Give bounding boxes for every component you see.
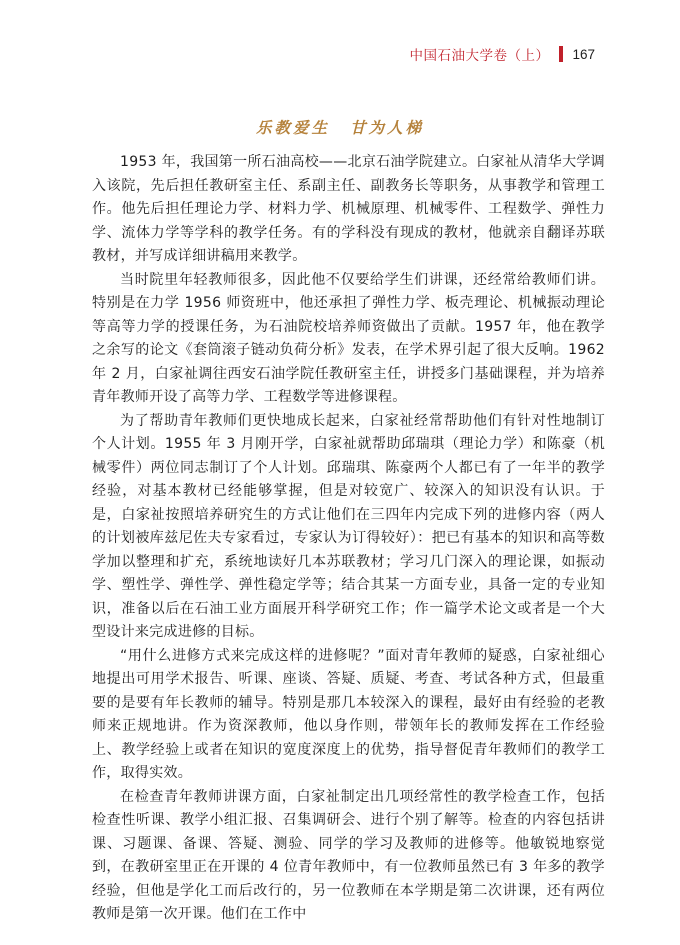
section-title-part1: 乐教爱生	[256, 118, 330, 137]
paragraph-4: “用什么进修方式来完成这样的进修呢？”面对青年教师的疑惑，白家祉细心地提出可用学…	[92, 645, 605, 786]
running-header: 中国石油大学卷（上） 167	[409, 44, 595, 64]
paragraph-5: 在检查青年教师讲课方面，白家祉制定出几项经常性的教学检查工作，包括检查性听课、教…	[92, 786, 605, 927]
book-title: 中国石油大学卷（上）	[409, 44, 549, 64]
section-title-part2: 甘为人梯	[350, 118, 424, 137]
page-number: 167	[572, 47, 595, 62]
header-divider-bar	[559, 46, 563, 62]
section-title: 乐教爱生甘为人梯	[0, 116, 680, 138]
paragraph-2: 当时院里年轻教师很多，因此他不仅要给学生们讲课，还经常给教师们讲。特别是在力学 …	[92, 269, 605, 410]
body-text: 1953 年，我国第一所石油高校——北京石油学院建立。白家祉从清华大学调入该院，…	[92, 151, 605, 927]
paragraph-1: 1953 年，我国第一所石油高校——北京石油学院建立。白家祉从清华大学调入该院，…	[92, 151, 605, 269]
paragraph-3: 为了帮助青年教师们更快地成长起来，白家祉经常帮助他们有针对性地制订个人计划。19…	[92, 410, 605, 645]
